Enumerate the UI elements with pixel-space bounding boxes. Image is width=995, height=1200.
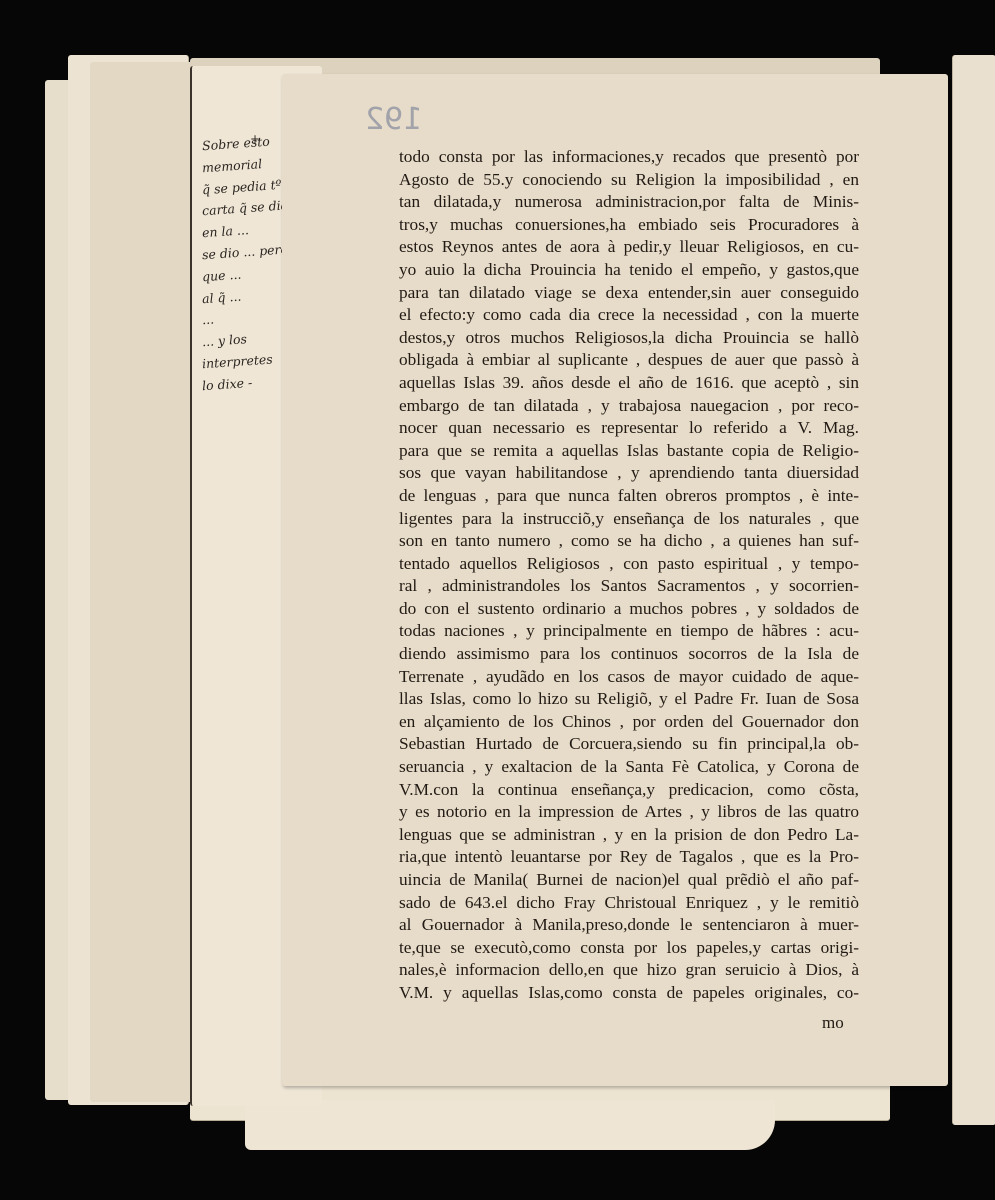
text-line: el efecto:y como cada dia crece la neces… (399, 304, 859, 327)
text-line: V.M.con la continua enseñança,y predicac… (399, 779, 859, 802)
text-line: Terrenate , ayudãdo en los casos de mayo… (399, 666, 859, 689)
right-page-edge (952, 55, 995, 1125)
printed-text-block: todo consta por las informaciones,y reca… (399, 146, 859, 1005)
text-line: ligentes para la instrucciõ,y enseñança … (399, 508, 859, 531)
text-line: lenguas que se administran , y en la pri… (399, 824, 859, 847)
text-line: diendo assimismo para los continuos soco… (399, 643, 859, 666)
text-line: para tan dilatado viage se dexa entender… (399, 282, 859, 305)
text-line: obligada à embiar al suplicante , despue… (399, 349, 859, 372)
text-line: en alçamiento de los Chinos , por orden … (399, 711, 859, 734)
text-line: y es notorio en la impression de Artes ,… (399, 801, 859, 824)
text-line: tentado aquellos Religiosos , con pasto … (399, 553, 859, 576)
text-line: todo consta por las informaciones,y reca… (399, 146, 859, 169)
text-line: llas Islas, como lo hizo su Religiõ, y e… (399, 688, 859, 711)
text-line: sos que vayan habilitandose , y aprendie… (399, 462, 859, 485)
text-line: Sebastian Hurtado de Corcuera,siendo su … (399, 733, 859, 756)
text-line: sado de 643.el dicho Fray Christoual Enr… (399, 892, 859, 915)
text-line: aquellas Islas 39. años desde el año de … (399, 372, 859, 395)
text-line: do con el sustento ordinario a muchos po… (399, 598, 859, 621)
text-line: ral , administrandoles los Santos Sacram… (399, 575, 859, 598)
text-line: todas naciones , y principalmente en tie… (399, 620, 859, 643)
text-line: destos,y otros muchos Religiosos,la dich… (399, 327, 859, 350)
text-line: tan dilatada,y numerosa administracion,p… (399, 191, 859, 214)
text-line: seruancia , y exaltacion de la Santa Fè … (399, 756, 859, 779)
text-line: son en tanto numero , como se ha dicho ,… (399, 530, 859, 553)
text-line: embargo de tan dilatada , y trabajosa na… (399, 395, 859, 418)
text-line: yo auio la dicha Prouincia ha tenido el … (399, 259, 859, 282)
bottom-page-tab (245, 1100, 775, 1150)
text-line: de lenguas , para que nunca falten obrer… (399, 485, 859, 508)
text-line: para que se remita a aquellas Islas bast… (399, 440, 859, 463)
text-line: te,que se executò,como consta por los pa… (399, 937, 859, 960)
back-sheet (90, 62, 202, 1102)
text-line: nales,è informacion dello,en que hizo gr… (399, 959, 859, 982)
folio-number: 192 (365, 102, 422, 137)
text-line: ria,que intentò leuantarse por Rey de Ta… (399, 846, 859, 869)
text-line: V.M. y aquellas Islas,como consta de pap… (399, 982, 859, 1005)
text-line: Agosto de 55.y conociendo su Religion la… (399, 169, 859, 192)
text-line: tros,y muchas conuersiones,ha embiado se… (399, 214, 859, 237)
text-line: nocer quan necessario es representar lo … (399, 417, 859, 440)
text-line: al Gouernador à Manila,preso,donde le se… (399, 914, 859, 937)
catchword: mo (822, 1013, 844, 1033)
text-line: estos Reynos antes de aora à pedir,y lle… (399, 236, 859, 259)
text-line: uincia de Manila( Burnei de nacion)el qu… (399, 869, 859, 892)
